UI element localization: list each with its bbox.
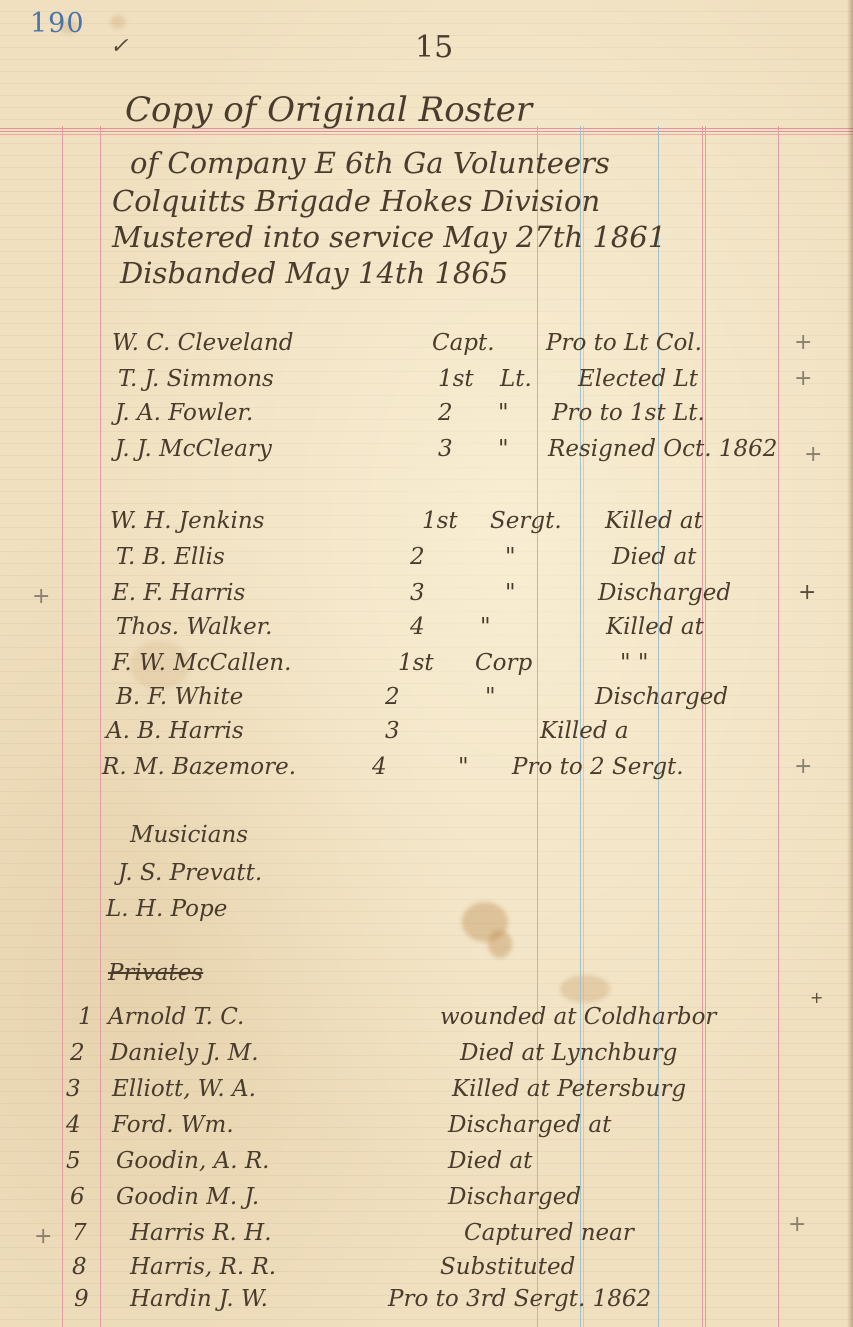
- pencil-cross-mark-icon: +: [794, 754, 812, 779]
- nco-remark: Killed at: [606, 614, 704, 640]
- pencil-cross-mark-icon: +: [794, 330, 812, 355]
- pencil-cross-mark-icon: +: [32, 584, 50, 609]
- officer-name: J. J. McCleary: [115, 436, 272, 462]
- column-rule-red-right: [778, 126, 779, 1327]
- private-name: Harris, R. R.: [130, 1254, 276, 1280]
- private-number: 3: [66, 1076, 81, 1102]
- officer-rank: ": [498, 436, 509, 462]
- water-stain: [110, 15, 126, 29]
- officer-rank-no: 3: [438, 436, 453, 462]
- officer-rank: ": [498, 400, 509, 426]
- private-remark: wounded at Coldharbor: [440, 1004, 716, 1030]
- nco-rank-no: 3: [385, 718, 400, 744]
- private-number: 6: [70, 1184, 85, 1210]
- private-name: Elliott, W. A.: [112, 1076, 256, 1102]
- private-remark: Died at Lynchburg: [460, 1040, 677, 1066]
- pencil-cross-mark-icon: +: [798, 580, 816, 605]
- nco-rank: ": [458, 754, 469, 780]
- private-number: 5: [66, 1148, 81, 1174]
- private-number: 9: [74, 1286, 89, 1312]
- pencil-cross-mark-icon: +: [788, 1212, 806, 1237]
- musician-name: J. S. Prevatt.: [118, 860, 262, 886]
- officer-remark: Pro to 1st Lt.: [552, 400, 705, 426]
- nco-rank-no: 3: [410, 580, 425, 606]
- nco-remark: " ": [620, 650, 648, 676]
- nco-rank: ": [505, 544, 516, 570]
- nco-rank: Sergt.: [490, 508, 562, 534]
- private-name: Goodin M. J.: [116, 1184, 259, 1210]
- musicians-heading: Musicians: [130, 822, 248, 848]
- pencil-cross-mark-icon: +: [804, 442, 822, 467]
- nco-remark: Pro to 2 Sergt.: [512, 754, 684, 780]
- column-rule-red-2: [705, 126, 706, 1327]
- officer-rank: Capt.: [432, 330, 495, 356]
- header-rule-mid: [0, 131, 853, 132]
- private-number: 4: [66, 1112, 81, 1138]
- private-remark: Substituted: [440, 1254, 575, 1280]
- officer-remark: Elected Lt: [578, 366, 698, 392]
- header-line-disbanded: Disbanded May 14th 1865: [120, 256, 508, 290]
- officer-rank: Lt.: [500, 366, 532, 392]
- margin-rule-name: [100, 126, 101, 1327]
- water-stain: [560, 975, 610, 1003]
- ledger-page: 190 ✓ 15 Copy of Original Roster of Comp…: [0, 0, 853, 1327]
- nco-rank-no: 1st: [422, 508, 458, 534]
- private-name: Arnold T. C.: [108, 1004, 244, 1030]
- nco-rank: Corp: [475, 650, 532, 676]
- nco-rank: ": [505, 580, 516, 606]
- margin-rule-left: [62, 126, 63, 1327]
- check-mark-icon: ✓: [110, 34, 128, 59]
- nco-rank-no: 4: [410, 614, 425, 640]
- private-remark: Pro to 3rd Sergt. 1862: [388, 1286, 651, 1312]
- private-remark: Captured near: [464, 1220, 634, 1246]
- roster-title: Copy of Original Roster: [125, 90, 532, 130]
- nco-rank-no: 1st: [398, 650, 434, 676]
- nco-name: W. H. Jenkins: [110, 508, 264, 534]
- private-name: Ford. Wm.: [112, 1112, 234, 1138]
- nco-remark: Discharged: [595, 684, 728, 710]
- private-remark: Killed at Petersburg: [452, 1076, 686, 1102]
- nco-remark: Killed a: [540, 718, 629, 744]
- officer-name: W. C. Cleveland: [112, 330, 293, 356]
- officer-remark: Resigned Oct. 1862: [548, 436, 777, 462]
- nco-name: R. M. Bazemore.: [102, 754, 296, 780]
- nco-rank-no: 4: [372, 754, 387, 780]
- nco-rank-no: 2: [410, 544, 425, 570]
- pencil-cross-mark-icon: +: [810, 988, 823, 1007]
- private-number: 7: [72, 1220, 87, 1246]
- nco-rank: ": [480, 614, 491, 640]
- nco-name: B. F. White: [116, 684, 243, 710]
- nco-name: E. F. Harris: [112, 580, 245, 606]
- privates-heading: Privates: [108, 960, 203, 986]
- header-rule-bottom: [0, 134, 853, 135]
- musician-name: L. H. Pope: [106, 896, 227, 922]
- nco-remark: Killed at: [605, 508, 703, 534]
- officer-name: T. J. Simmons: [118, 366, 274, 392]
- private-name: Harris R. H.: [130, 1220, 272, 1246]
- private-remark: Discharged at: [448, 1112, 611, 1138]
- private-name: Goodin, A. R.: [116, 1148, 269, 1174]
- private-remark: Died at: [448, 1148, 532, 1174]
- column-rule-blue-1: [537, 126, 538, 1327]
- ledger-number: 15: [415, 30, 453, 65]
- private-name: Hardin J. W.: [130, 1286, 268, 1312]
- water-stain: [488, 930, 512, 958]
- private-name: Daniely J. M.: [110, 1040, 259, 1066]
- header-line-company: of Company E 6th Ga Volunteers: [130, 146, 610, 180]
- pencil-cross-mark-icon: +: [34, 1224, 52, 1249]
- pencil-cross-mark-icon: +: [794, 366, 812, 391]
- private-number: 2: [70, 1040, 85, 1066]
- nco-name: F. W. McCallen.: [112, 650, 291, 676]
- nco-name: Thos. Walker.: [116, 614, 272, 640]
- nco-name: A. B. Harris: [106, 718, 244, 744]
- private-number: 1: [78, 1004, 93, 1030]
- nco-rank: ": [485, 684, 496, 710]
- page-number: 190: [30, 8, 85, 39]
- nco-remark: Died at: [612, 544, 696, 570]
- nco-remark: Discharged: [598, 580, 731, 606]
- officer-rank-no: 1st: [438, 366, 474, 392]
- nco-rank-no: 2: [385, 684, 400, 710]
- header-line-brigade: Colquitts Brigade Hokes Division: [112, 184, 600, 218]
- column-rule-red-1: [702, 126, 703, 1327]
- officer-name: J. A. Fowler.: [115, 400, 253, 426]
- header-line-mustered: Mustered into service May 27th 1861: [112, 220, 666, 254]
- nco-name: T. B. Ellis: [116, 544, 225, 570]
- private-remark: Discharged: [448, 1184, 581, 1210]
- column-rule-blue-3: [658, 126, 659, 1327]
- officer-rank-no: 2: [438, 400, 453, 426]
- private-number: 8: [72, 1254, 87, 1280]
- officer-remark: Pro to Lt Col.: [546, 330, 702, 356]
